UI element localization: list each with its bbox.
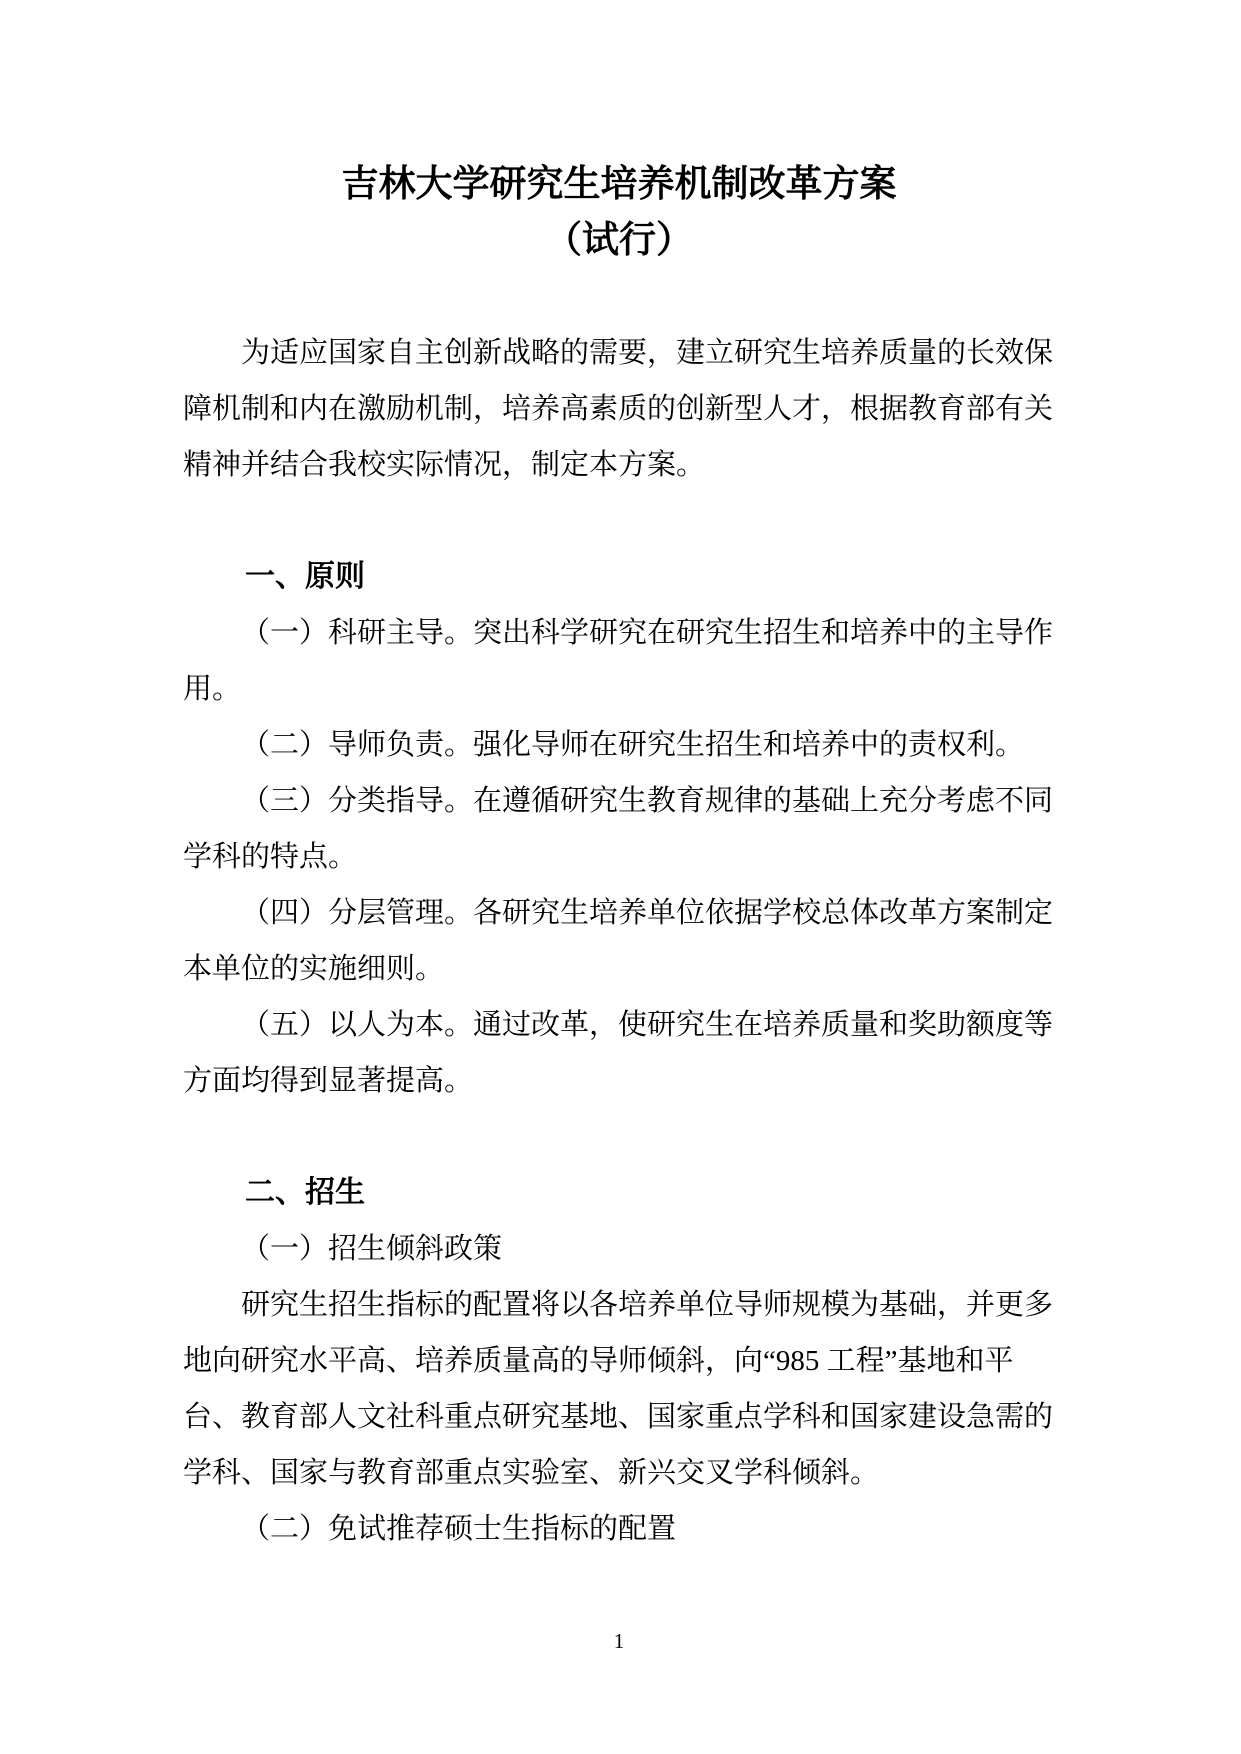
section-1-line-3: （二）导师负责。强化导师在研究生招生和培养中的责权利。	[183, 717, 1055, 773]
section-1-line-8: （五）以人为本。通过改革，使研究生在培养质量和奖助额度等	[183, 997, 1055, 1053]
spacer-row	[183, 269, 1055, 325]
section-1-line-4: （三）分类指导。在遵循研究生教育规律的基础上充分考虑不同	[183, 773, 1055, 829]
section-2-line-2: 研究生招生指标的配置将以各培养单位导师规模为基础，并更多	[183, 1277, 1055, 1333]
section-1-line-2: 用。	[183, 661, 1055, 717]
section-1-line-5: 学科的特点。	[183, 829, 1055, 885]
section-2-line-3: 地向研究水平高、培养质量高的导师倾斜，向“985 工程”基地和平	[183, 1333, 1055, 1389]
document-subtitle: （试行）	[183, 213, 1055, 269]
section-2-heading: 二、招生	[183, 1165, 1055, 1221]
intro-line-2: 障机制和内在激励机制，培养高素质的创新型人才，根据教育部有关	[183, 381, 1055, 437]
section-2-line-5: 学科、国家与教育部重点实验室、新兴交叉学科倾斜。	[183, 1445, 1055, 1501]
intro-line-3: 精神并结合我校实际情况，制定本方案。	[183, 437, 1055, 493]
document-title: 吉林大学研究生培养机制改革方案	[183, 157, 1055, 213]
intro-line-1: 为适应国家自主创新战略的需要，建立研究生培养质量的长效保	[183, 325, 1055, 381]
section-1-heading: 一、原则	[183, 549, 1055, 605]
spacer-row	[183, 493, 1055, 549]
section-2-line-6: （二）免试推荐硕士生指标的配置	[183, 1501, 1055, 1557]
section-1-line-6: （四）分层管理。各研究生培养单位依据学校总体改革方案制定	[183, 885, 1055, 941]
spacer-row	[183, 1109, 1055, 1165]
section-1-line-9: 方面均得到显著提高。	[183, 1053, 1055, 1109]
document-page: 吉林大学研究生培养机制改革方案 （试行） 为适应国家自主创新战略的需要，建立研究…	[0, 0, 1241, 1754]
section-2-line-4: 台、教育部人文社科重点研究基地、国家重点学科和国家建设急需的	[183, 1389, 1055, 1445]
section-2-line-1: （一）招生倾斜政策	[183, 1221, 1055, 1277]
section-1-line-1: （一）科研主导。突出科学研究在研究生招生和培养中的主导作	[183, 605, 1055, 661]
document-content: 吉林大学研究生培养机制改革方案 （试行） 为适应国家自主创新战略的需要，建立研究…	[183, 157, 1055, 1557]
page-number: 1	[183, 1626, 1055, 1656]
section-1-line-7: 本单位的实施细则。	[183, 941, 1055, 997]
